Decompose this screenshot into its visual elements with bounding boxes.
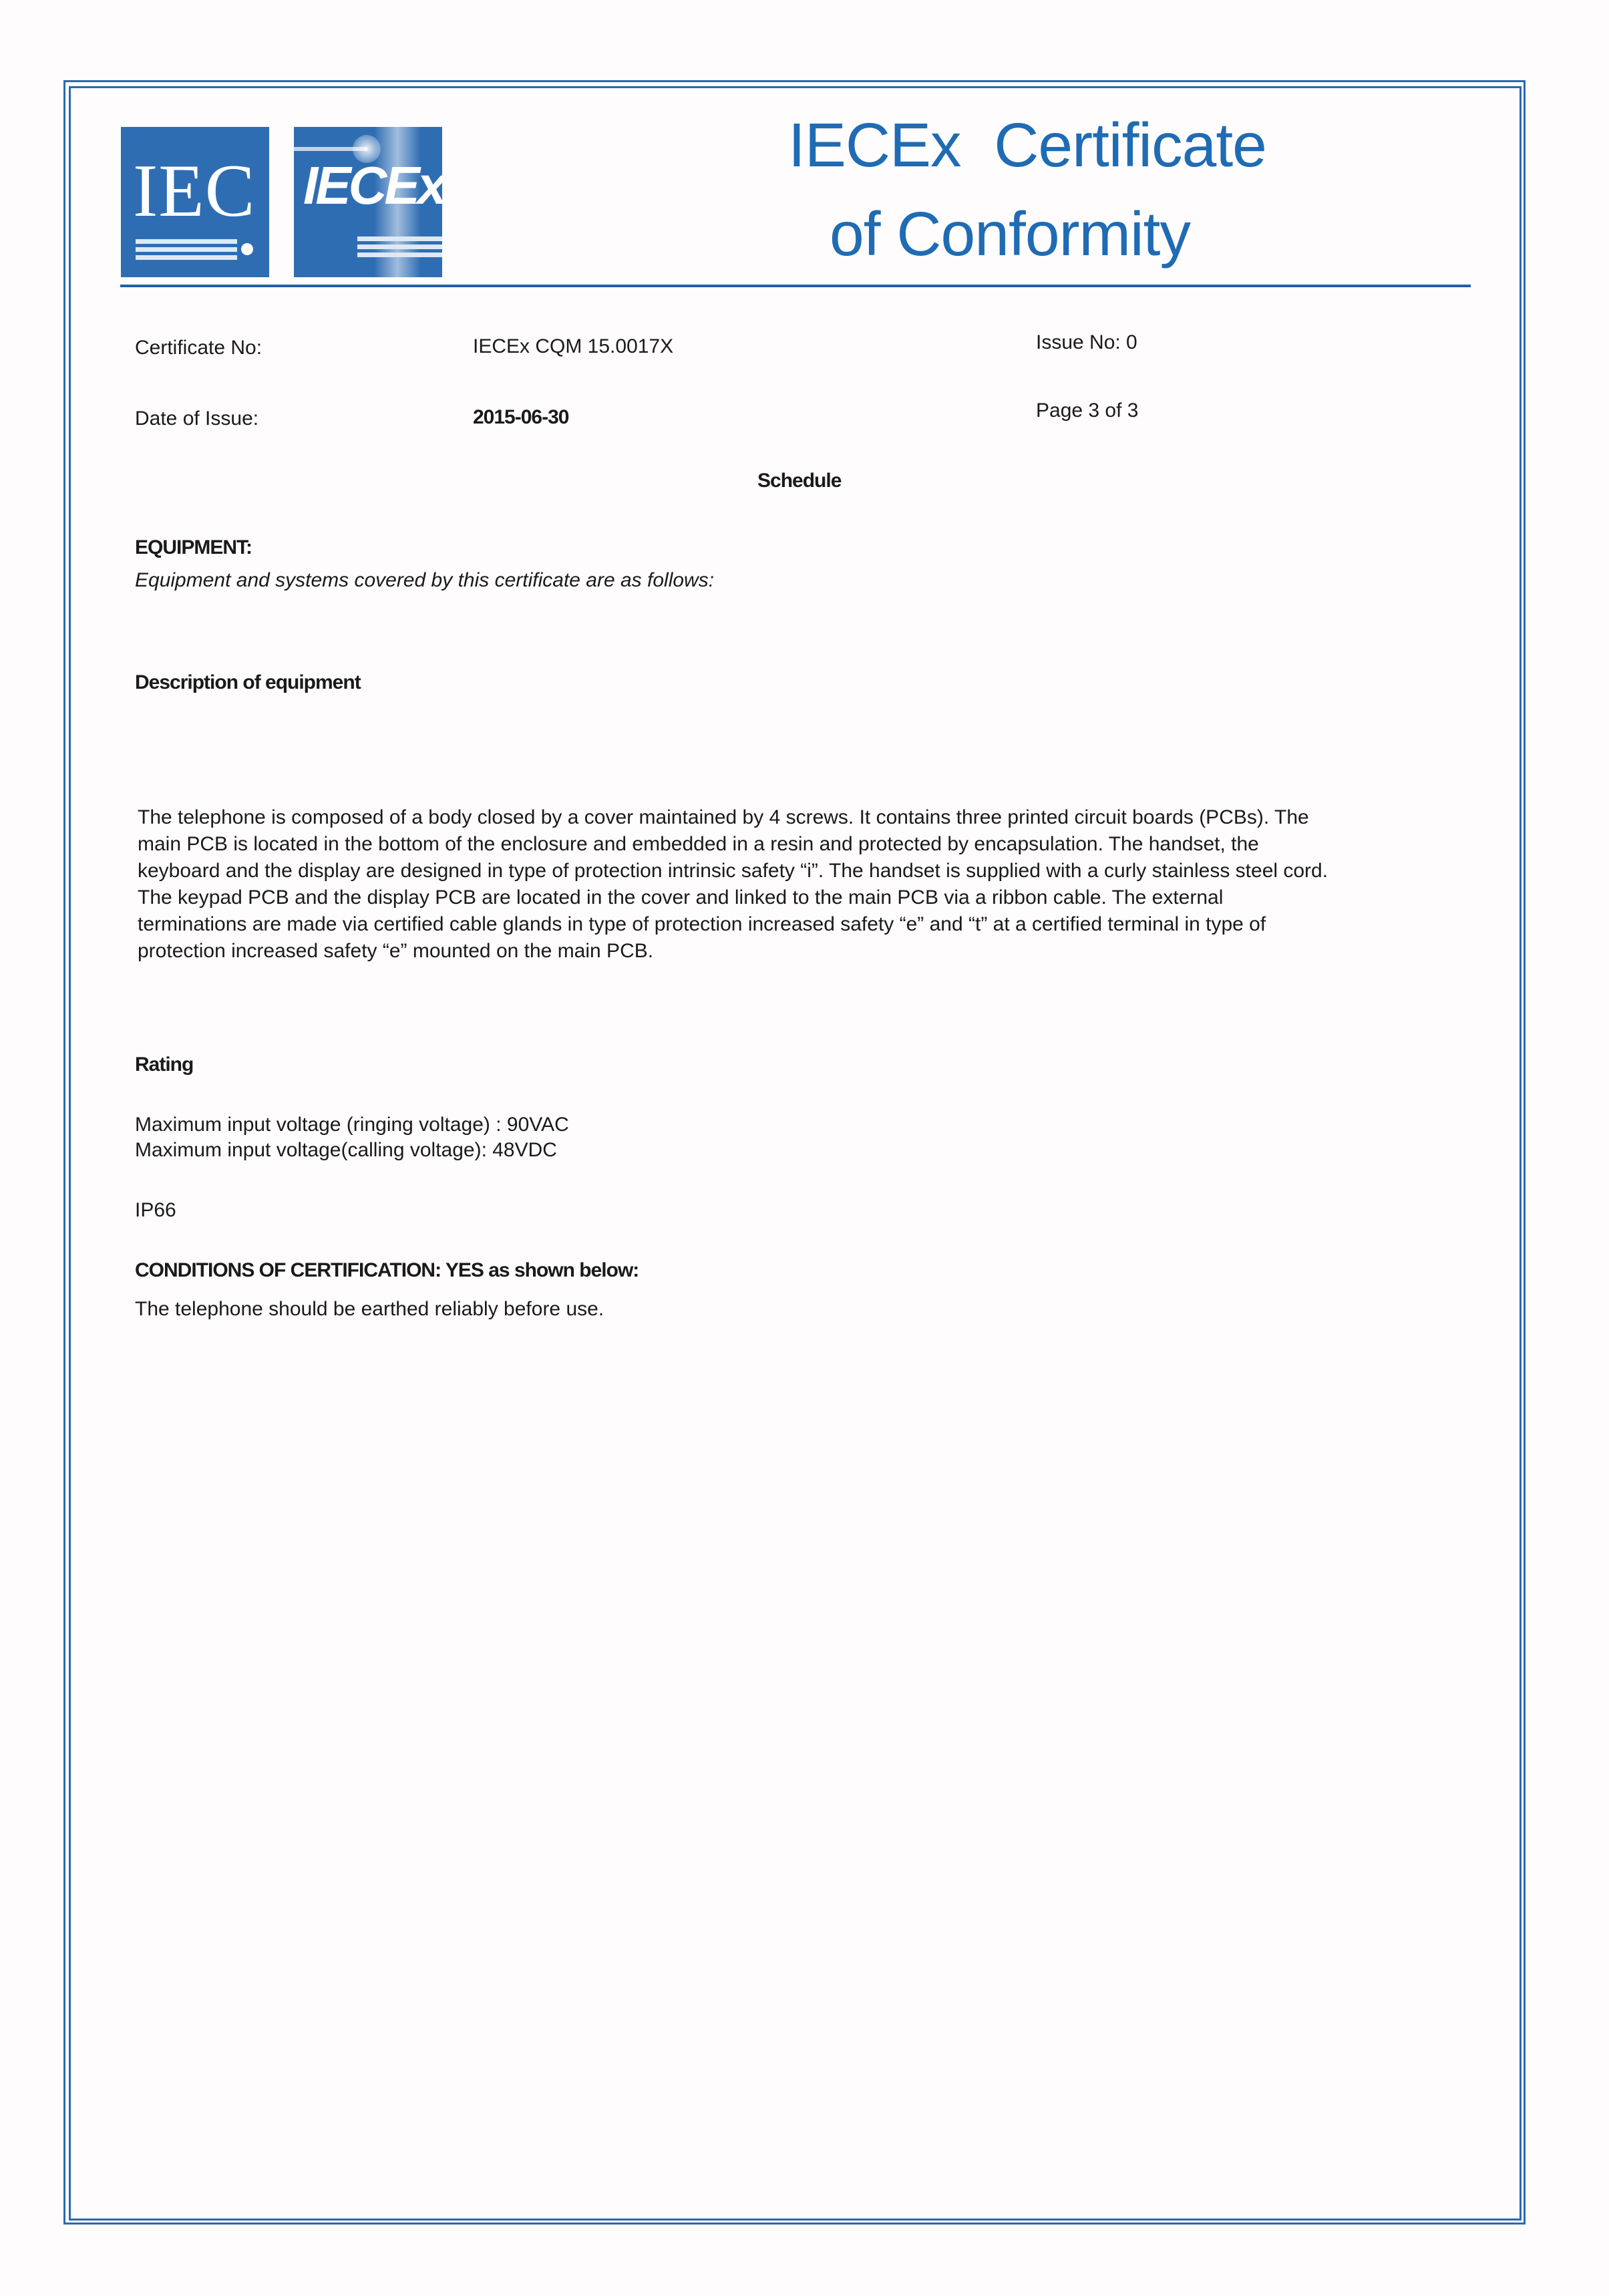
description-paragraph: The telephone is composed of a body clos…	[138, 804, 1447, 965]
logo-swoosh	[294, 147, 367, 151]
logo-dot	[241, 243, 253, 255]
rating-heading: Rating	[135, 1055, 193, 1075]
description-line: keyboard and the display are designed in…	[138, 858, 1447, 884]
issue-no: Issue No: 0	[1036, 333, 1137, 353]
description-line: The keypad PCB and the display PCB are l…	[138, 884, 1447, 911]
schedule-heading: Schedule	[757, 471, 841, 491]
logo-stripe	[136, 247, 237, 252]
certificate-title: IECEx Certificate	[788, 114, 1266, 176]
description-line: terminations are made via certified cabl…	[138, 911, 1447, 938]
logo-stripe	[136, 255, 237, 260]
iec-logo-text: IEC	[133, 154, 255, 228]
date-of-issue-label: Date of Issue:	[135, 409, 258, 429]
date-of-issue-value: 2015-06-30	[473, 407, 568, 428]
description-line: The telephone is composed of a body clos…	[138, 804, 1447, 831]
rating-ringing-voltage: Maximum input voltage (ringing voltage) …	[135, 1115, 569, 1135]
logo-stripe	[357, 236, 442, 241]
certificate-no-label: Certificate No:	[135, 338, 262, 358]
certificate-subtitle: of Conformity	[830, 203, 1190, 265]
description-heading: Description of equipment	[135, 673, 361, 693]
rating-calling-voltage: Maximum input voltage(calling voltage): …	[135, 1140, 557, 1160]
iecex-logo-text: IECEx	[303, 159, 442, 212]
description-line: main PCB is located in the bottom of the…	[138, 831, 1447, 858]
conditions-heading: CONDITIONS OF CERTIFICATION: YES as show…	[135, 1261, 639, 1281]
iec-logo: IEC	[121, 127, 269, 277]
description-line: protection increased safety “e” mounted …	[138, 938, 1447, 965]
equipment-intro: Equipment and systems covered by this ce…	[135, 570, 714, 591]
ip-rating: IP66	[135, 1200, 176, 1220]
conditions-text: The telephone should be earthed reliably…	[135, 1299, 604, 1319]
equipment-heading: EQUIPMENT:	[135, 538, 252, 558]
header-rule	[120, 285, 1471, 287]
certificate-no-value: IECEx CQM 15.0017X	[473, 337, 673, 357]
logo-stripe	[136, 239, 237, 244]
logo-stripe	[357, 253, 442, 257]
page-number: Page 3 of 3	[1036, 401, 1138, 421]
iecex-logo: IECEx	[294, 127, 442, 277]
logo-stripe	[357, 244, 442, 249]
